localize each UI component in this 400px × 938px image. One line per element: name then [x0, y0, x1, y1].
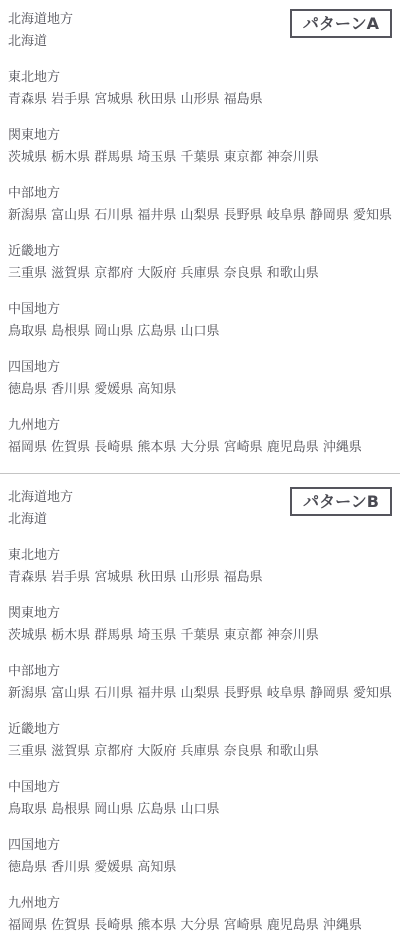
region-name: 近畿地方	[8, 241, 392, 263]
pattern-b-section: パターンB 北海道地方 北海道 東北地方 青森県 岩手県 宮城県 秋田県 山形県…	[0, 478, 400, 937]
prefecture-list: 徳島県 香川県 愛媛県 高知県	[8, 857, 392, 879]
prefecture-list: 青森県 岩手県 宮城県 秋田県 山形県 福島県	[8, 89, 392, 111]
prefecture-list: 福岡県 佐賀県 長崎県 熊本県 大分県 宮崎県 鹿児島県 沖縄県	[8, 437, 392, 459]
prefecture-list: 徳島県 香川県 愛媛県 高知県	[8, 379, 392, 401]
region-group-tohoku: 東北地方 青森県 岩手県 宮城県 秋田県 山形県 福島県	[8, 545, 392, 589]
prefecture-list: 青森県 岩手県 宮城県 秋田県 山形県 福島県	[8, 567, 392, 589]
prefecture-list: 新潟県 富山県 石川県 福井県 山梨県 長野県 岐阜県 静岡県 愛知県	[8, 683, 392, 705]
prefecture-list: 茨城県 栃木県 群馬県 埼玉県 千葉県 東京都 神奈川県	[8, 147, 392, 169]
region-group-chubu: 中部地方 新潟県 富山県 石川県 福井県 山梨県 長野県 岐阜県 静岡県 愛知県	[8, 183, 392, 227]
region-group-tohoku: 東北地方 青森県 岩手県 宮城県 秋田県 山形県 福島県	[8, 67, 392, 111]
prefecture-list: 鳥取県 島根県 岡山県 広島県 山口県	[8, 321, 392, 343]
region-name: 中部地方	[8, 183, 392, 205]
region-name: 関東地方	[8, 603, 392, 625]
region-group-kinki: 近畿地方 三重県 滋賀県 京都府 大阪府 兵庫県 奈良県 和歌山県	[8, 719, 392, 763]
pattern-a-badge: パターンA	[290, 9, 392, 38]
region-name: 近畿地方	[8, 719, 392, 741]
prefecture-list: 茨城県 栃木県 群馬県 埼玉県 千葉県 東京都 神奈川県	[8, 625, 392, 647]
region-group-kanto: 関東地方 茨城県 栃木県 群馬県 埼玉県 千葉県 東京都 神奈川県	[8, 125, 392, 169]
prefecture-list: 福岡県 佐賀県 長崎県 熊本県 大分県 宮崎県 鹿児島県 沖縄県	[8, 915, 392, 937]
prefecture-list: 新潟県 富山県 石川県 福井県 山梨県 長野県 岐阜県 静岡県 愛知県	[8, 205, 392, 227]
region-group-shikoku: 四国地方 徳島県 香川県 愛媛県 高知県	[8, 835, 392, 879]
region-group-chugoku: 中国地方 鳥取県 島根県 岡山県 広島県 山口県	[8, 299, 392, 343]
region-name: 四国地方	[8, 835, 392, 857]
region-name: 九州地方	[8, 893, 392, 915]
region-name: 中国地方	[8, 299, 392, 321]
region-group-kinki: 近畿地方 三重県 滋賀県 京都府 大阪府 兵庫県 奈良県 和歌山県	[8, 241, 392, 285]
region-group-chubu: 中部地方 新潟県 富山県 石川県 福井県 山梨県 長野県 岐阜県 静岡県 愛知県	[8, 661, 392, 705]
prefecture-list: 三重県 滋賀県 京都府 大阪府 兵庫県 奈良県 和歌山県	[8, 263, 392, 285]
region-name: 中部地方	[8, 661, 392, 683]
prefecture-list: 鳥取県 島根県 岡山県 広島県 山口県	[8, 799, 392, 821]
region-name: 九州地方	[8, 415, 392, 437]
region-group-kanto: 関東地方 茨城県 栃木県 群馬県 埼玉県 千葉県 東京都 神奈川県	[8, 603, 392, 647]
prefecture-list: 三重県 滋賀県 京都府 大阪府 兵庫県 奈良県 和歌山県	[8, 741, 392, 763]
pattern-b-badge: パターンB	[290, 487, 392, 516]
region-group-chugoku: 中国地方 鳥取県 島根県 岡山県 広島県 山口県	[8, 777, 392, 821]
region-group-shikoku: 四国地方 徳島県 香川県 愛媛県 高知県	[8, 357, 392, 401]
region-group-kyushu: 九州地方 福岡県 佐賀県 長崎県 熊本県 大分県 宮崎県 鹿児島県 沖縄県	[8, 415, 392, 459]
region-name: 四国地方	[8, 357, 392, 379]
pattern-a-section: パターンA 北海道地方 北海道 東北地方 青森県 岩手県 宮城県 秋田県 山形県…	[0, 0, 400, 459]
region-name: 関東地方	[8, 125, 392, 147]
section-divider	[0, 473, 400, 474]
region-name: 中国地方	[8, 777, 392, 799]
region-group-kyushu: 九州地方 福岡県 佐賀県 長崎県 熊本県 大分県 宮崎県 鹿児島県 沖縄県	[8, 893, 392, 937]
region-name: 東北地方	[8, 67, 392, 89]
region-name: 東北地方	[8, 545, 392, 567]
